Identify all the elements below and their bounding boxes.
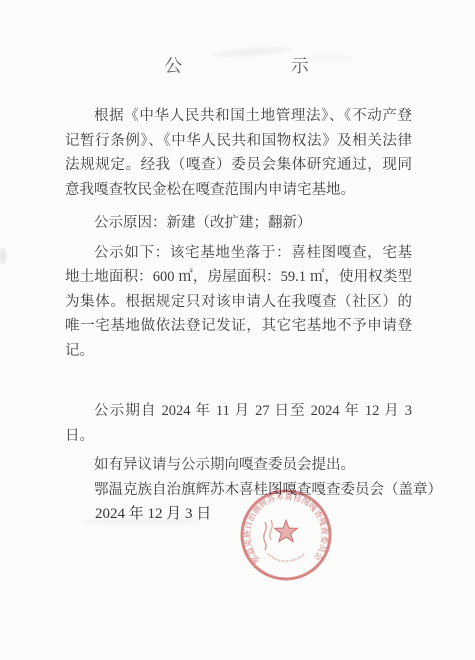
paragraph-notice-period: 公示期自 2024 年 11 月 27 日至 2024 年 12 月 3 日。 <box>65 399 412 448</box>
seal-serial-microtext <box>268 554 304 561</box>
scan-smudge <box>0 248 6 264</box>
paragraph-notice-reason: 公示原因：新建（改扩建；翻新） <box>65 211 412 236</box>
document-date: 2024 年 12 月 3 日 <box>65 502 412 527</box>
paragraph-legal-basis: 根据《中华人民共和国土地管理法》、《不动产登记暂行条例》、《中华人民共和国物权法… <box>65 104 412 202</box>
document-title: 公 示 <box>0 52 475 78</box>
public-notice-document: 公 示 根据《中华人民共和国土地管理法》、《不动产登记暂行条例》、《中华人民共和… <box>0 0 475 660</box>
paragraph-objection-instruction: 如有异议请与公示期向嘎查委员会提出。 <box>65 453 412 478</box>
document-body: 根据《中华人民共和国土地管理法》、《不动产登记暂行条例》、《中华人民共和国物权法… <box>65 104 412 527</box>
issuing-committee-signature: 鄂温克族自治旗辉苏木喜桂图嘎查嘎查委员会（盖章） <box>65 478 412 503</box>
paragraph-notice-detail: 公示如下：该宅基地坐落于：喜桂图嘎查，宅基地土地面积：600 ㎡，房屋面积：59… <box>65 241 412 364</box>
